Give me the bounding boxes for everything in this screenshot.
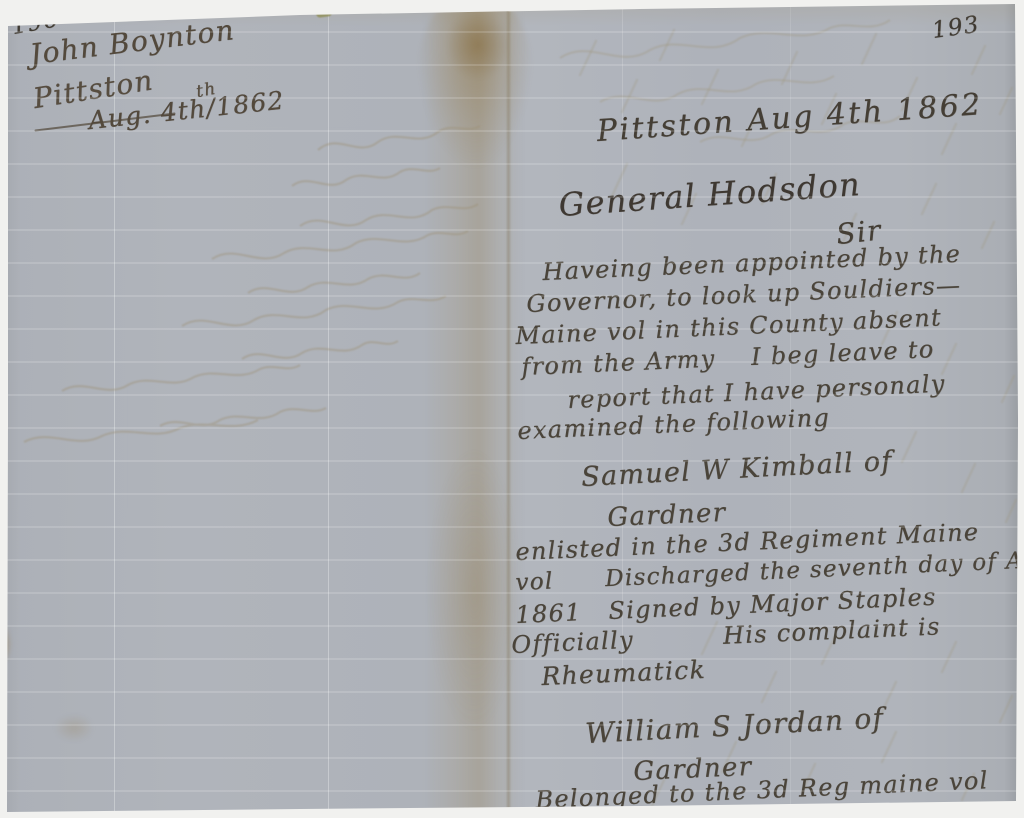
center-fold-line [507, 0, 510, 818]
fold-crease [114, 0, 115, 818]
letter-line: from the Army I beg leave to [521, 335, 935, 381]
soldier-name-jordan: William S Jordan of [584, 701, 885, 750]
letter-sheet: 196 John Boynton Pittston th Aug. 4th/18… [0, 0, 1024, 818]
scanned-letter: 196 John Boynton Pittston th Aug. 4th/18… [0, 0, 1024, 818]
soldier-town: Gardner [607, 498, 727, 533]
letter-line: Rheumatick [541, 655, 707, 691]
letter-line: 1861 Signed by Major Staples [515, 583, 937, 629]
docket-place: Pittston [31, 63, 156, 115]
letter-line: Belonged to the 3d Reg maine vol [535, 766, 989, 814]
docket-superscript: th [195, 79, 219, 102]
soldier-name-kimball: Samuel W Kimball of [580, 446, 893, 493]
letter-line: Maine vol in this County absent [515, 303, 943, 350]
docket-date: Aug. 4th/1862 [87, 86, 286, 135]
edge-mark [315, 7, 332, 18]
letter-line: enlisted in the 3d Regiment Maine [515, 518, 980, 566]
fold-crease [622, 0, 623, 818]
page-edge-shadow [1004, 0, 1020, 818]
letter-line: examined the following [517, 403, 831, 445]
docket-sender-name: John Boynton [28, 13, 237, 71]
soldier-town: Gardner [633, 752, 753, 787]
letter-line: report that I have personaly [567, 370, 946, 414]
letter-line: Officially His complaint is [511, 612, 941, 659]
docket-underline-flourish [34, 112, 175, 131]
letter-line: vol Discharged the seventh day of Aug [515, 546, 1024, 596]
stain [54, 714, 94, 742]
page-number-right: 193 [930, 12, 981, 44]
page-number-left: 196 [9, 6, 61, 40]
fold-crease [328, 0, 329, 818]
stain [0, 624, 12, 664]
letter-line: Haveing been appointed by the [542, 240, 962, 286]
letter-sir: Sir [835, 213, 884, 251]
letter-salutation: General Hodsdon [557, 165, 862, 224]
fold-crease [790, 0, 791, 818]
letter-line: Governor, to look up Souldiers— [526, 271, 962, 318]
